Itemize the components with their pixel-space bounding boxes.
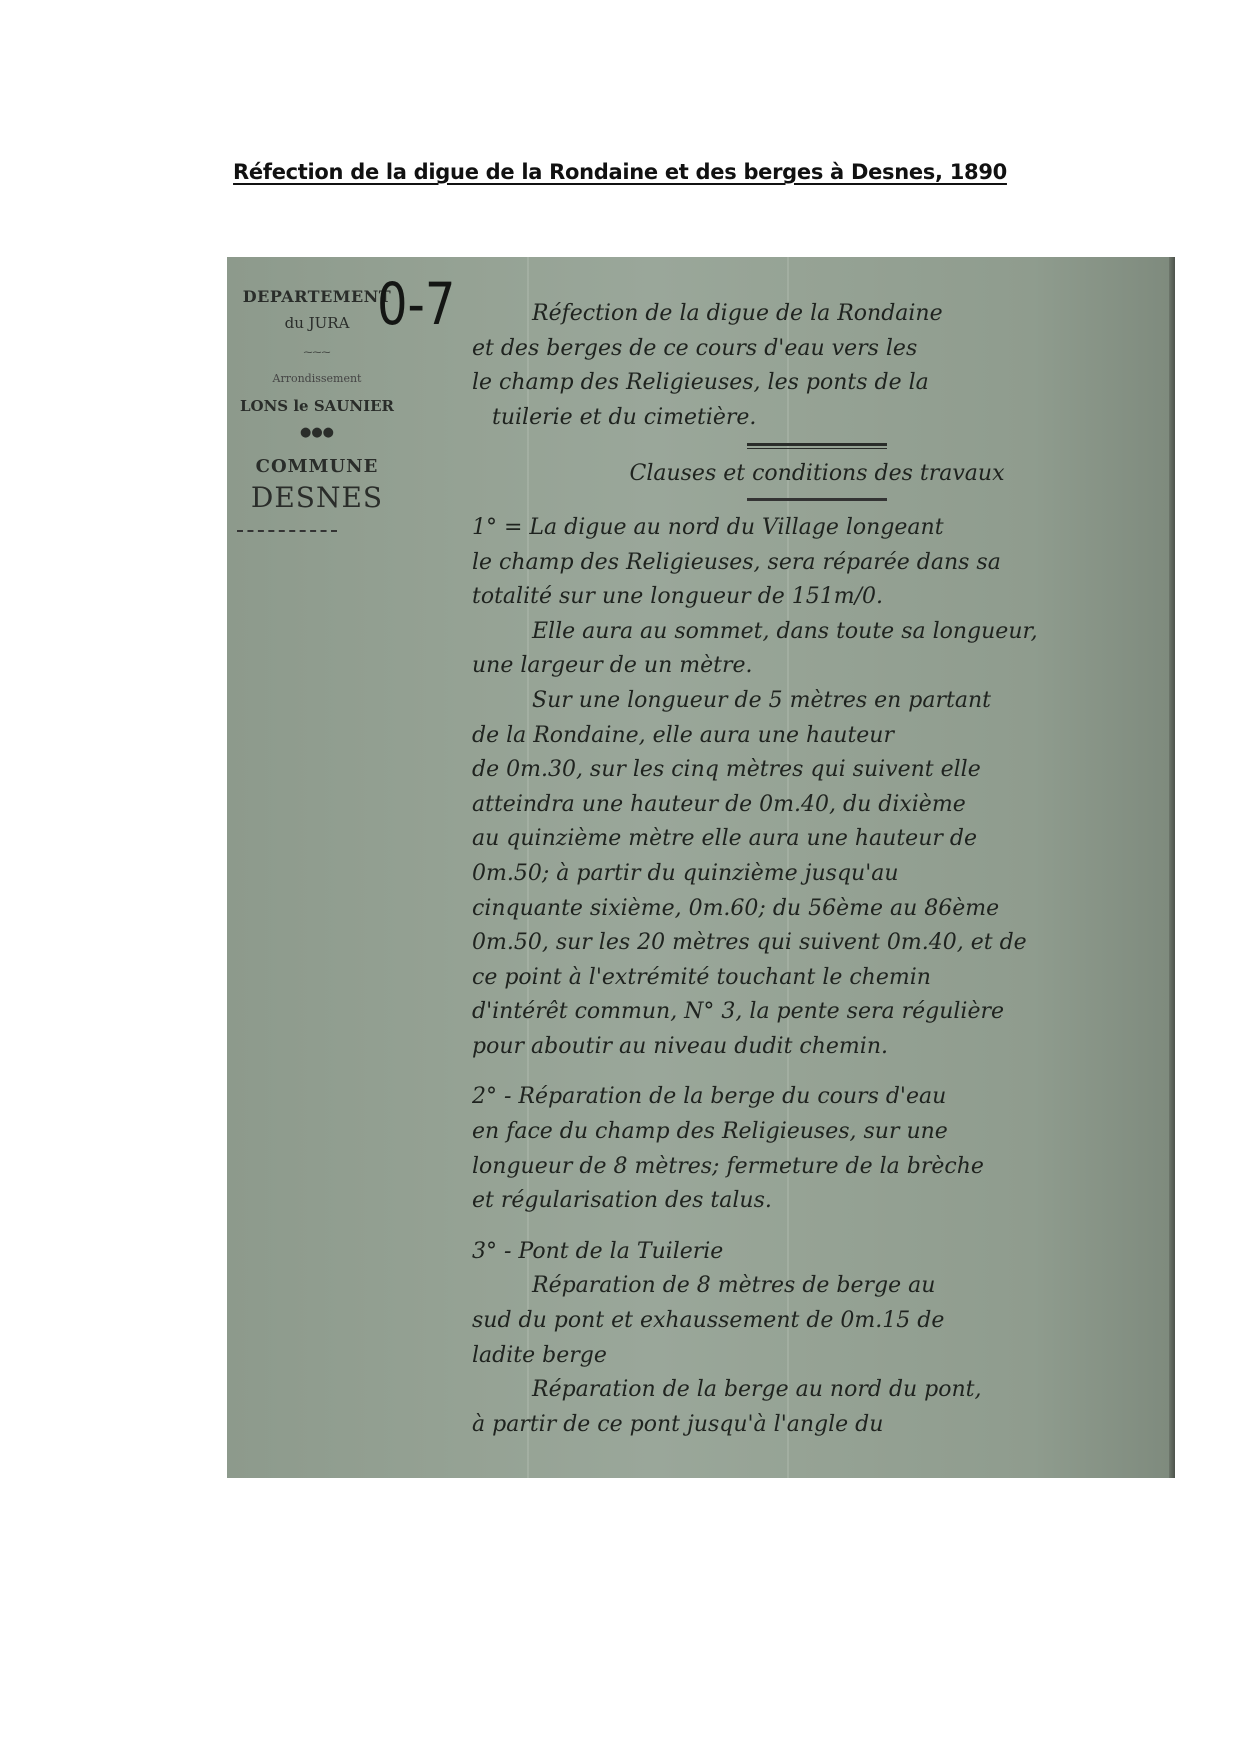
heading-line: et des berges de ce cours d'eau vers les (472, 332, 1162, 367)
archive-document-photo: DEPARTEMENT du JURA ⁓⁓⁓ Arrondissement L… (227, 257, 1175, 1478)
archive-code: 0-7 (377, 271, 455, 338)
body-line: Réparation de 8 mètres de berge au (472, 1269, 1162, 1304)
heading-line: tuilerie et du cimetière. (472, 401, 1162, 436)
body-line: à partir de ce pont jusqu'à l'angle du (472, 1408, 1162, 1443)
body-line: ladite berge (472, 1339, 1162, 1374)
page-title: Réfection de la digue de la Rondaine et … (0, 160, 1240, 184)
page-title-text: Réfection de la digue de la Rondaine et … (233, 160, 1007, 184)
body-line: Elle aura au sommet, dans toute sa longu… (472, 615, 1162, 650)
body-line: de 0m.30, sur les cinq mètres qui suiven… (472, 753, 1162, 788)
body-line: le champ des Religieuses, sera réparée d… (472, 546, 1162, 581)
body-line: 1° = La digue au nord du Village longean… (472, 511, 1162, 546)
stamp-arrondissement: Arrondissement (227, 372, 407, 385)
stamp-ornament: ⁓⁓⁓ (227, 348, 407, 358)
body-line: et régularisation des talus. (472, 1184, 1162, 1219)
body-line: ce point à l'extrémité touchant le chemi… (472, 961, 1162, 996)
body-line: 2° - Réparation de la berge du cours d'e… (472, 1080, 1162, 1115)
stamp-commune: COMMUNE (227, 456, 407, 477)
body-line: Sur une longueur de 5 mètres en partant (472, 684, 1162, 719)
subheading: Clauses et conditions des travaux (472, 457, 1162, 492)
rule (747, 498, 887, 501)
body-line: longueur de 8 mètres; fermeture de la br… (472, 1150, 1162, 1185)
stamp-desnes: DESNES (227, 481, 407, 514)
heading-line: Réfection de la digue de la Rondaine (472, 297, 1162, 332)
body-line: 0m.50; à partir du quinzième jusqu'au (472, 857, 1162, 892)
body-line: pour aboutir au niveau dudit chemin. (472, 1030, 1162, 1065)
body-line: 3° - Pont de la Tuilerie (472, 1235, 1162, 1270)
body-line: d'intérêt commun, N° 3, la pente sera ré… (472, 995, 1162, 1030)
body-line: en face du champ des Religieuses, sur un… (472, 1115, 1162, 1150)
body-line: cinquante sixième, 0m.60; du 56ème au 86… (472, 892, 1162, 927)
stamp-rule (237, 530, 337, 535)
body-line: sud du pont et exhaussement de 0m.15 de (472, 1304, 1162, 1339)
handwritten-text: Réfection de la digue de la Rondaine et … (472, 297, 1162, 1442)
heading-line: le champ des Religieuses, les ponts de l… (472, 366, 1162, 401)
stamp-dots: ●●● (227, 425, 407, 440)
body-line: atteindra une hauteur de 0m.40, du dixiè… (472, 788, 1162, 823)
stamp-lons-le-saunier: LONS le SAUNIER (227, 397, 407, 415)
body-line: une largeur de un mètre. (472, 649, 1162, 684)
body-line: Réparation de la berge au nord du pont, (472, 1373, 1162, 1408)
body-line: de la Rondaine, elle aura une hauteur (472, 719, 1162, 754)
double-rule (747, 443, 887, 449)
body-line: 0m.50, sur les 20 mètres qui suivent 0m.… (472, 926, 1162, 961)
body-line: totalité sur une longueur de 151m/0. (472, 580, 1162, 615)
body-line: au quinzième mètre elle aura une hauteur… (472, 822, 1162, 857)
